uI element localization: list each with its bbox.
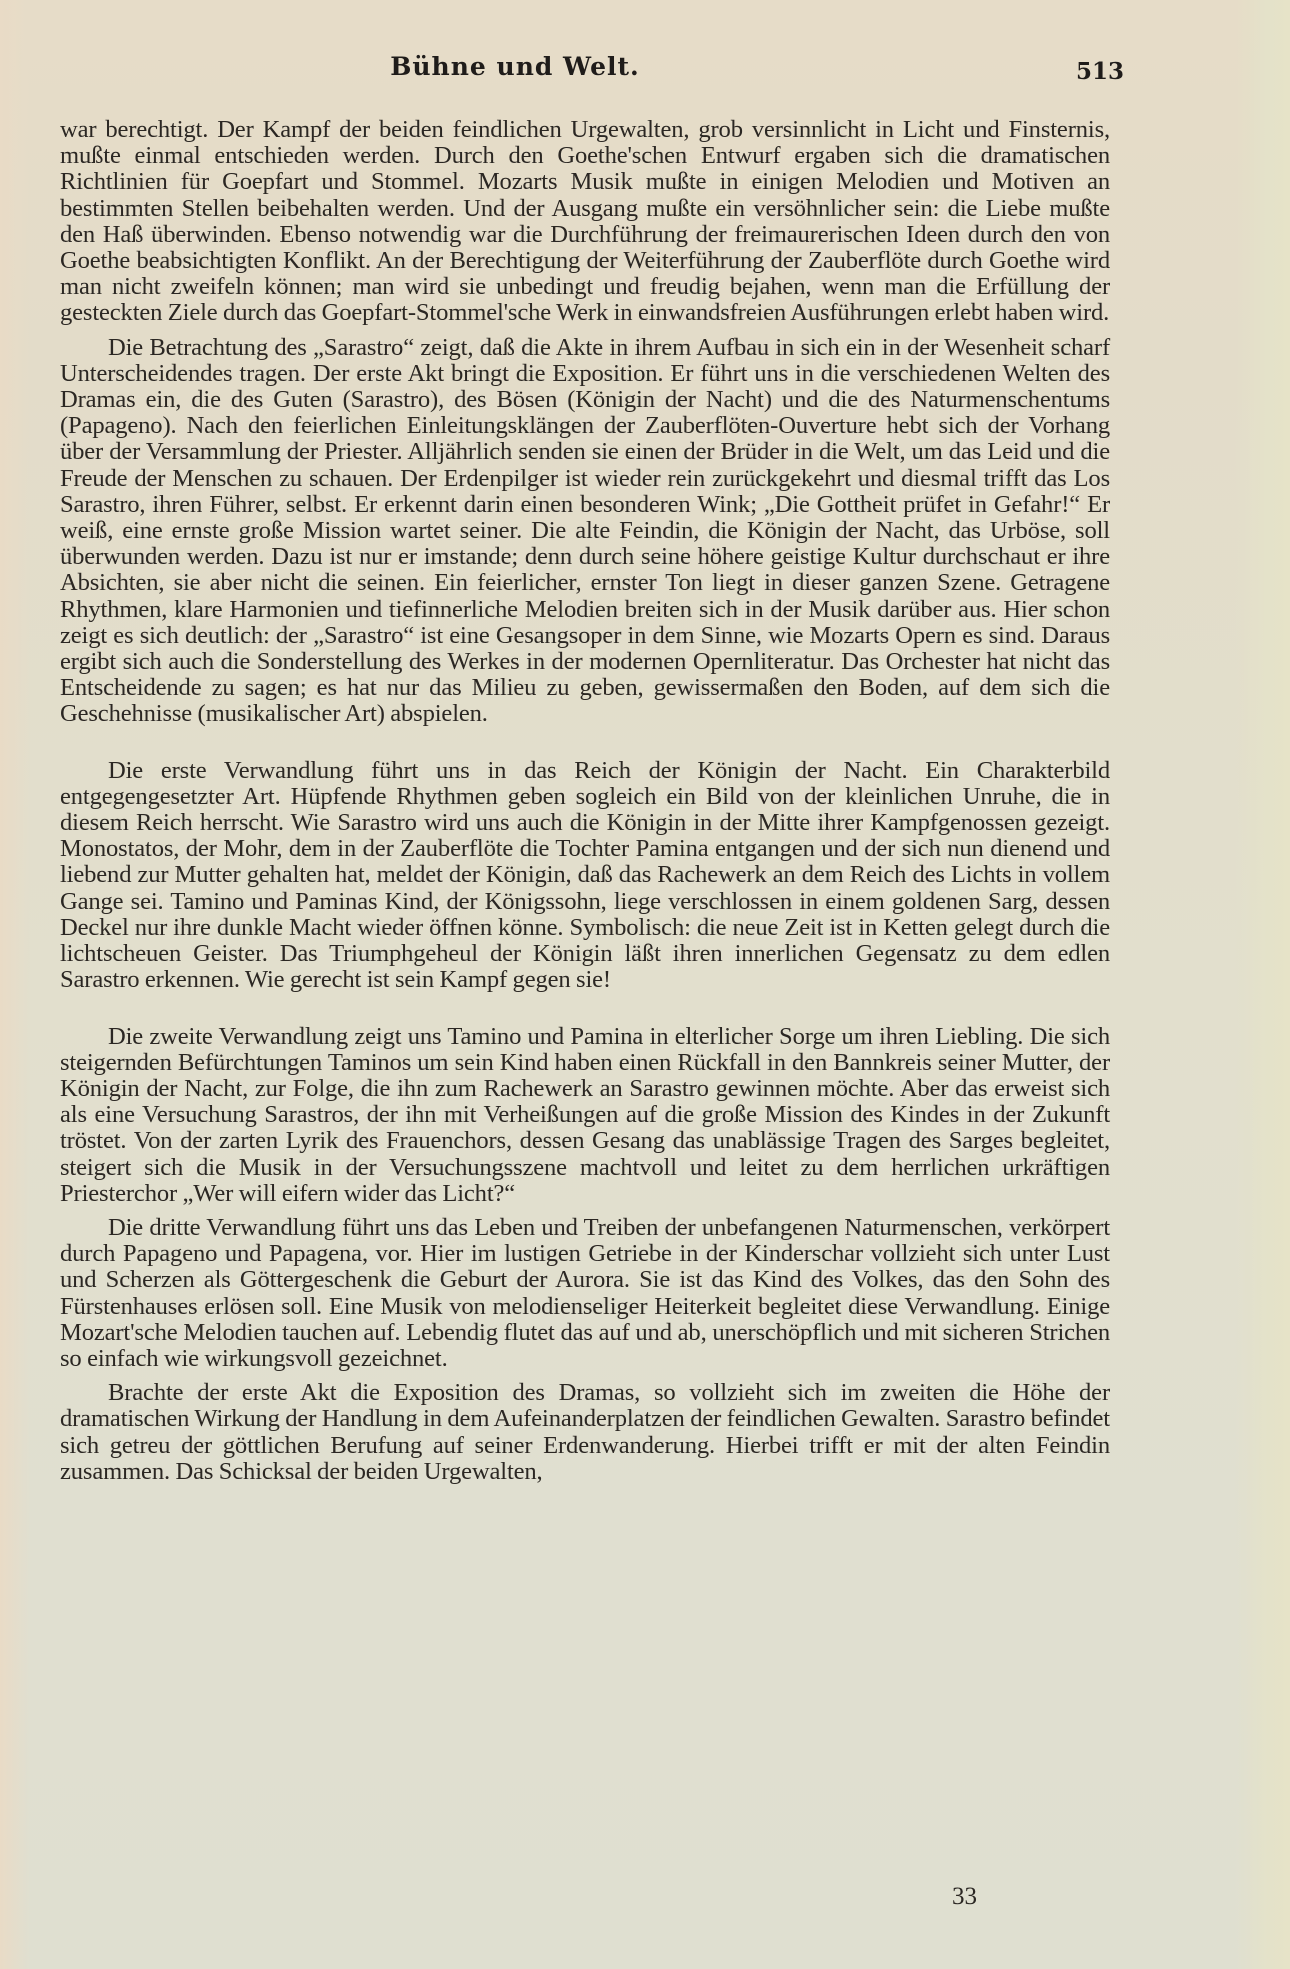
page-number: 513 [1076,58,1124,85]
signature-number: 33 [952,1883,977,1911]
page-edge-left [0,0,30,1969]
paragraph-second-act: Brachte der erste Akt die Exposition des… [60,1380,1110,1485]
paragraph-sarastro-acts: Die Betrachtung des „Sarastro“ zeigt, da… [60,335,1110,728]
paragraph-third-transformation: Die dritte Verwandlung führt uns das Leb… [60,1215,1110,1372]
running-title: Bühne und Welt. [0,52,1030,81]
paragraph-first-transformation: Die erste Verwandlung führt uns in das R… [60,758,1110,994]
running-head: Bühne und Welt. 513 [0,52,1290,92]
page-edge-right [1235,0,1290,1969]
paragraph-second-transformation: Die zweite Verwandlung zeigt uns Tamino … [60,1024,1110,1207]
paragraph-continuation: war berechtigt. Der Kampf der beiden fei… [60,117,1110,327]
text-body: war berechtigt. Der Kampf der beiden fei… [60,117,1110,1485]
